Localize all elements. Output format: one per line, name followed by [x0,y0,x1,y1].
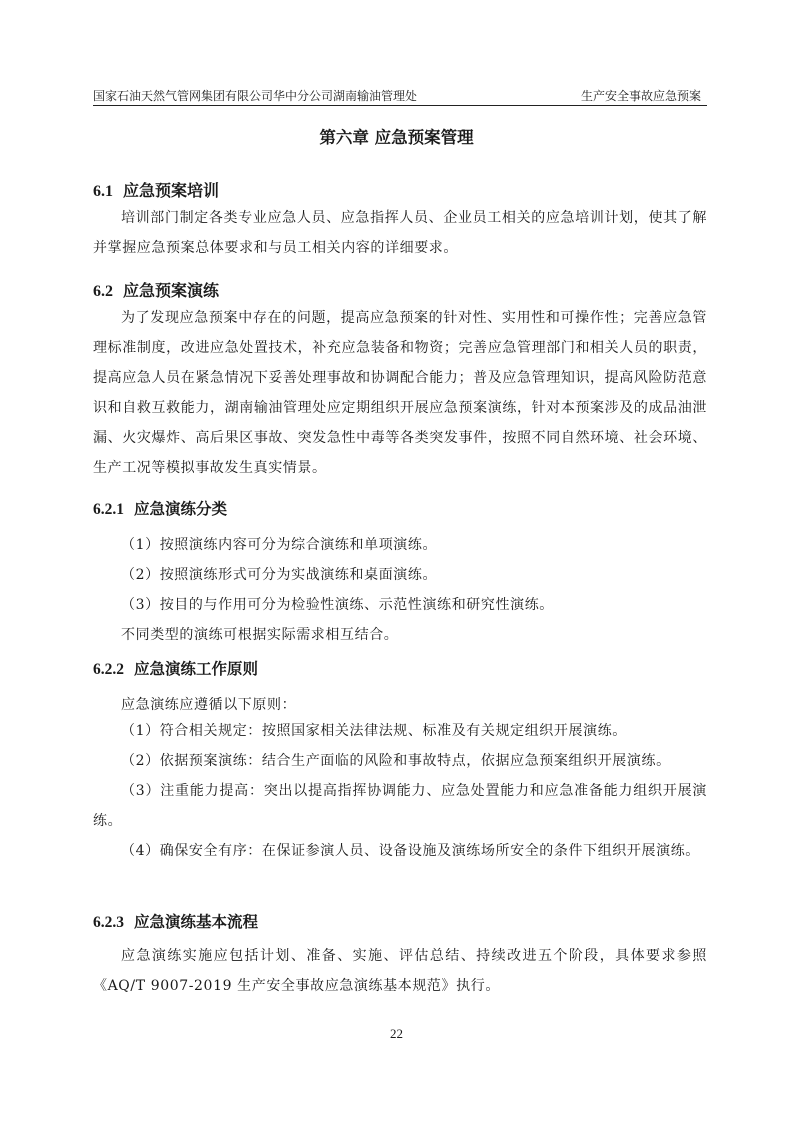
section-title: 应急预案演练 [123,281,219,300]
section-number: 6.1 [93,183,113,200]
section-6-2-2-heading: 6.2.2应急演练工作原则 [93,657,258,679]
list-item: （3）注重能力提高：突出以提高指挥协调能力、应急处置能力和应急准备能力组织开展演… [93,776,707,836]
section-number: 6.2 [93,283,113,300]
paragraph: 应急演练应遵循以下原则： [121,694,296,714]
section-6-2-3-body: 应急演练实施应包括计划、准备、实施、评估总结、持续改进五个阶段，具体要求参照《A… [93,941,707,1001]
section-title: 应急预案培训 [123,181,219,200]
section-title: 应急演练分类 [134,500,227,518]
page-number: 22 [0,1026,793,1042]
list-item: （2）按照演练形式可分为实战演练和桌面演练。 [121,564,437,584]
section-6-1-body: 培训部门制定各类专业应急人员、应急指挥人员、企业员工相关的应急培训计划，使其了解… [93,203,707,263]
paragraph: 不同类型的演练可根据实际需求相互结合。 [121,624,398,644]
section-6-1-heading: 6.1应急预案培训 [93,178,219,201]
section-6-2-3-heading: 6.2.3应急演练基本流程 [93,910,258,932]
section-number: 6.2.3 [93,914,124,931]
section-title: 应急演练工作原则 [134,660,258,678]
section-title: 应急演练基本流程 [134,913,258,931]
section-6-2-body: 为了发现应急预案中存在的问题，提高应急预案的针对性、实用性和可操作性；完善应急管… [93,303,707,483]
section-6-2-heading: 6.2应急预案演练 [93,278,219,301]
chapter-title: 第六章 应急预案管理 [0,124,793,148]
list-item: （1）按照演练内容可分为综合演练和单项演练。 [121,534,437,554]
list-item: （2）依据预案演练：结合生产面临的风险和事故特点，依据应急预案组织开展演练。 [93,746,707,776]
section-number: 6.2.2 [93,661,124,678]
list-item: （4）确保安全有序：在保证参演人员、设备设施及演练场所安全的条件下组织开展演练。 [93,836,707,866]
section-6-2-1-heading: 6.2.1应急演练分类 [93,497,227,519]
list-item: （1）符合相关规定：按照国家相关法律法规、标准及有关规定组织开展演练。 [93,716,707,746]
list-item: （3）按目的与作用可分为检验性演练、示范性演练和研究性演练。 [121,594,554,614]
page-header: 国家石油天然气管网集团有限公司华中分公司湖南输油管理处 生产安全事故应急预案 [93,85,707,106]
header-document-title: 生产安全事故应急预案 [581,87,701,104]
header-organization: 国家石油天然气管网集团有限公司华中分公司湖南输油管理处 [93,87,417,104]
section-number: 6.2.1 [93,501,124,518]
